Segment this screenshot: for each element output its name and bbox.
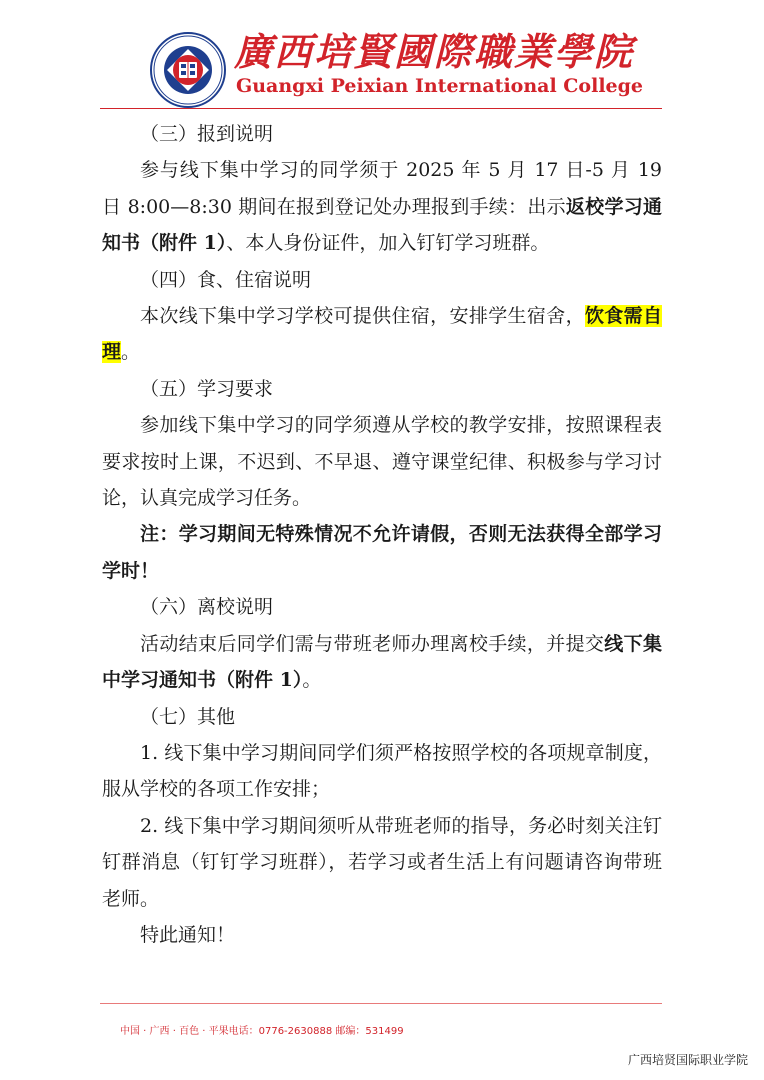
- other-item-1: 1. 线下集中学习期间同学们须严格按照学校的各项规章制度，服从学校的各项工作安排…: [102, 735, 662, 808]
- other-item-2: 2. 线下集中学习期间须听从带班老师的指导，务必时刻关注钉钉群消息（钉钉学习班群…: [102, 808, 662, 917]
- footer-divider: [100, 1003, 662, 1004]
- section-heading-registration: （三）报到说明: [102, 116, 662, 152]
- college-name-chinese: 廣西培賢國際職業學院: [234, 30, 634, 74]
- footer-contact-info: 中国 · 广西 · 百色 · 平果电话：0776-2630888 邮编：5314…: [120, 1022, 404, 1037]
- registration-text-end: 、本人身份证件，加入钉钉学习班群。: [226, 232, 549, 254]
- document-body: （三）报到说明 参与线下集中学习的同学须于 2025 年 5 月 17 日-5 …: [102, 116, 662, 953]
- header-divider: [100, 108, 662, 109]
- college-emblem-icon: [150, 32, 226, 108]
- registration-paragraph: 参与线下集中学习的同学须于 2025 年 5 月 17 日-5 月 19 日 8…: [102, 152, 662, 261]
- section-heading-study-requirements: （五）学习要求: [102, 371, 662, 407]
- study-requirements-paragraph: 参加线下集中学习的同学须遵从学校的教学安排，按照课程表要求按时上课，不迟到、不早…: [102, 407, 662, 516]
- footer-org-name: 广西培贤国际职业学院: [628, 1051, 748, 1068]
- letterhead: 廣西培賢國際職業學院 Guangxi Peixian International…: [0, 0, 764, 110]
- departure-text: 活动结束后同学们需与带班老师办理离校手续，并提交: [140, 633, 604, 655]
- leave-policy-note: 注：学习期间无特殊情况不允许请假，否则无法获得全部学习学时！: [102, 516, 662, 589]
- departure-text-end: 。: [302, 669, 321, 691]
- section-heading-other: （七）其他: [102, 699, 662, 735]
- section-heading-departure: （六）离校说明: [102, 589, 662, 625]
- section-heading-accommodation: （四）食、住宿说明: [102, 262, 662, 298]
- accommodation-paragraph: 本次线下集中学习学校可提供住宿，安排学生宿舍，饮食需自理。: [102, 298, 662, 371]
- departure-paragraph: 活动结束后同学们需与带班老师办理离校手续，并提交线下集中学习通知书（附件 1）。: [102, 626, 662, 699]
- accommodation-text: 本次线下集中学习学校可提供住宿，安排学生宿舍，: [140, 305, 585, 327]
- college-name-english: Guangxi Peixian International College: [236, 74, 643, 98]
- accommodation-text-end: 。: [121, 341, 140, 363]
- closing-remark: 特此通知！: [102, 917, 662, 953]
